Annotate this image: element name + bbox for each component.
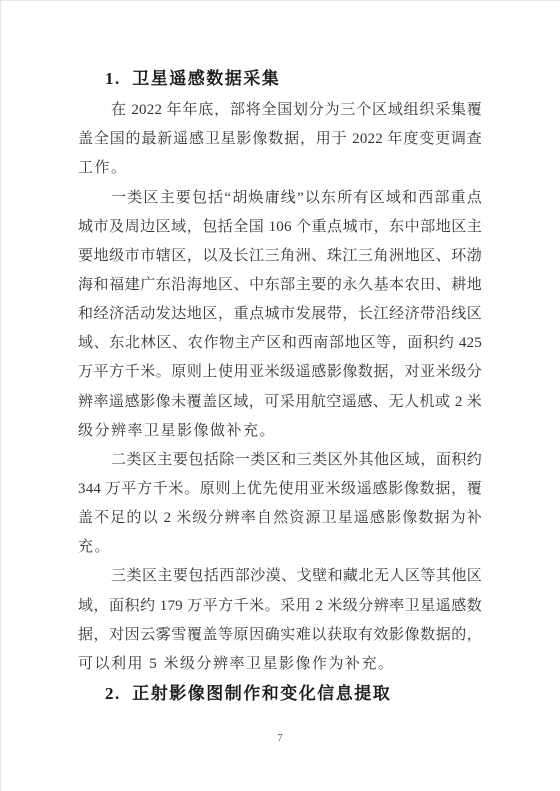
- text-line: 充。: [78, 533, 482, 562]
- text-line: 要地级市市辖区，以及长江三角洲、珠江三角洲地区、环渤: [78, 242, 482, 271]
- text-line: 盖不足的以 2 米级分辨率自然资源卫星遥感影像数据为补: [78, 504, 482, 533]
- text-line: 二类区主要包括除一类区和三类区外其他区域，面积约: [78, 446, 482, 475]
- text-line: 2. 正射影像图制作和变化信息提取: [78, 679, 482, 708]
- text-line: 可以利用 5 米级分辨率卫星影像作为补充。: [78, 650, 482, 679]
- text-line: 域，面积约 179 万平方千米。采用 2 米级分辨率卫星遥感数: [78, 592, 482, 621]
- text-line: 辨率遥感影像未覆盖区域，可采用航空遥感、无人机或 2 米: [78, 388, 482, 417]
- paragraph: 三类区主要包括西部沙漠、戈壁和藏北无人区等其他区域，面积约 179 万平方千米。…: [78, 562, 482, 679]
- paragraph: 在 2022 年年底，部将全国划分为三个区域组织采集覆盖全国的最新遥感卫星影像数…: [78, 96, 482, 183]
- text-line: 盖全国的最新遥感卫星影像数据，用于 2022 年度变更调查: [78, 125, 482, 154]
- paragraph: 一类区主要包括“胡焕庸线”以东所有区域和西部重点城市及周边区域，包括全国 106…: [78, 184, 482, 446]
- text-line: 海和福建广东沿海地区、中东部主要的永久基本农田、耕地: [78, 271, 482, 300]
- text-line: 万平方千米。原则上使用亚米级遥感影像数据，对亚米级分: [78, 358, 482, 387]
- text-line: 在 2022 年年底，部将全国划分为三个区域组织采集覆: [78, 96, 482, 125]
- text-line: 工作。: [78, 154, 482, 183]
- text-line: 级分辨率卫星影像做补充。: [78, 417, 482, 446]
- text-line: 三类区主要包括西部沙漠、戈壁和藏北无人区等其他区: [78, 562, 482, 591]
- document-page: 1. 卫星遥感数据采集在 2022 年年底，部将全国划分为三个区域组织采集覆盖全…: [0, 0, 560, 791]
- text-line: 一类区主要包括“胡焕庸线”以东所有区域和西部重点: [78, 184, 482, 213]
- document-body: 1. 卫星遥感数据采集在 2022 年年底，部将全国划分为三个区域组织采集覆盖全…: [78, 64, 482, 711]
- text-line: 344 万平方千米。原则上优先使用亚米级遥感影像数据，覆: [78, 475, 482, 504]
- page-footer: 7: [0, 728, 560, 746]
- section-heading: 1. 卫星遥感数据采集: [78, 64, 482, 93]
- text-line: 据，对因云雾雪覆盖等原因确实难以获取有效影像数据的，: [78, 621, 482, 650]
- page-number: 7: [277, 732, 283, 744]
- paragraph: 二类区主要包括除一类区和三类区外其他区域，面积约344 万平方千米。原则上优先使…: [78, 446, 482, 563]
- text-line: 1. 卫星遥感数据采集: [78, 64, 482, 93]
- text-line: 域、东北林区、农作物主产区和西南部地区等，面积约 425: [78, 329, 482, 358]
- text-line: 和经济活动发达地区，重点城市发展带，长江经济带沿线区: [78, 300, 482, 329]
- section-heading: 2. 正射影像图制作和变化信息提取: [78, 679, 482, 708]
- text-line: 城市及周边区域，包括全国 106 个重点城市，东中部地区主: [78, 213, 482, 242]
